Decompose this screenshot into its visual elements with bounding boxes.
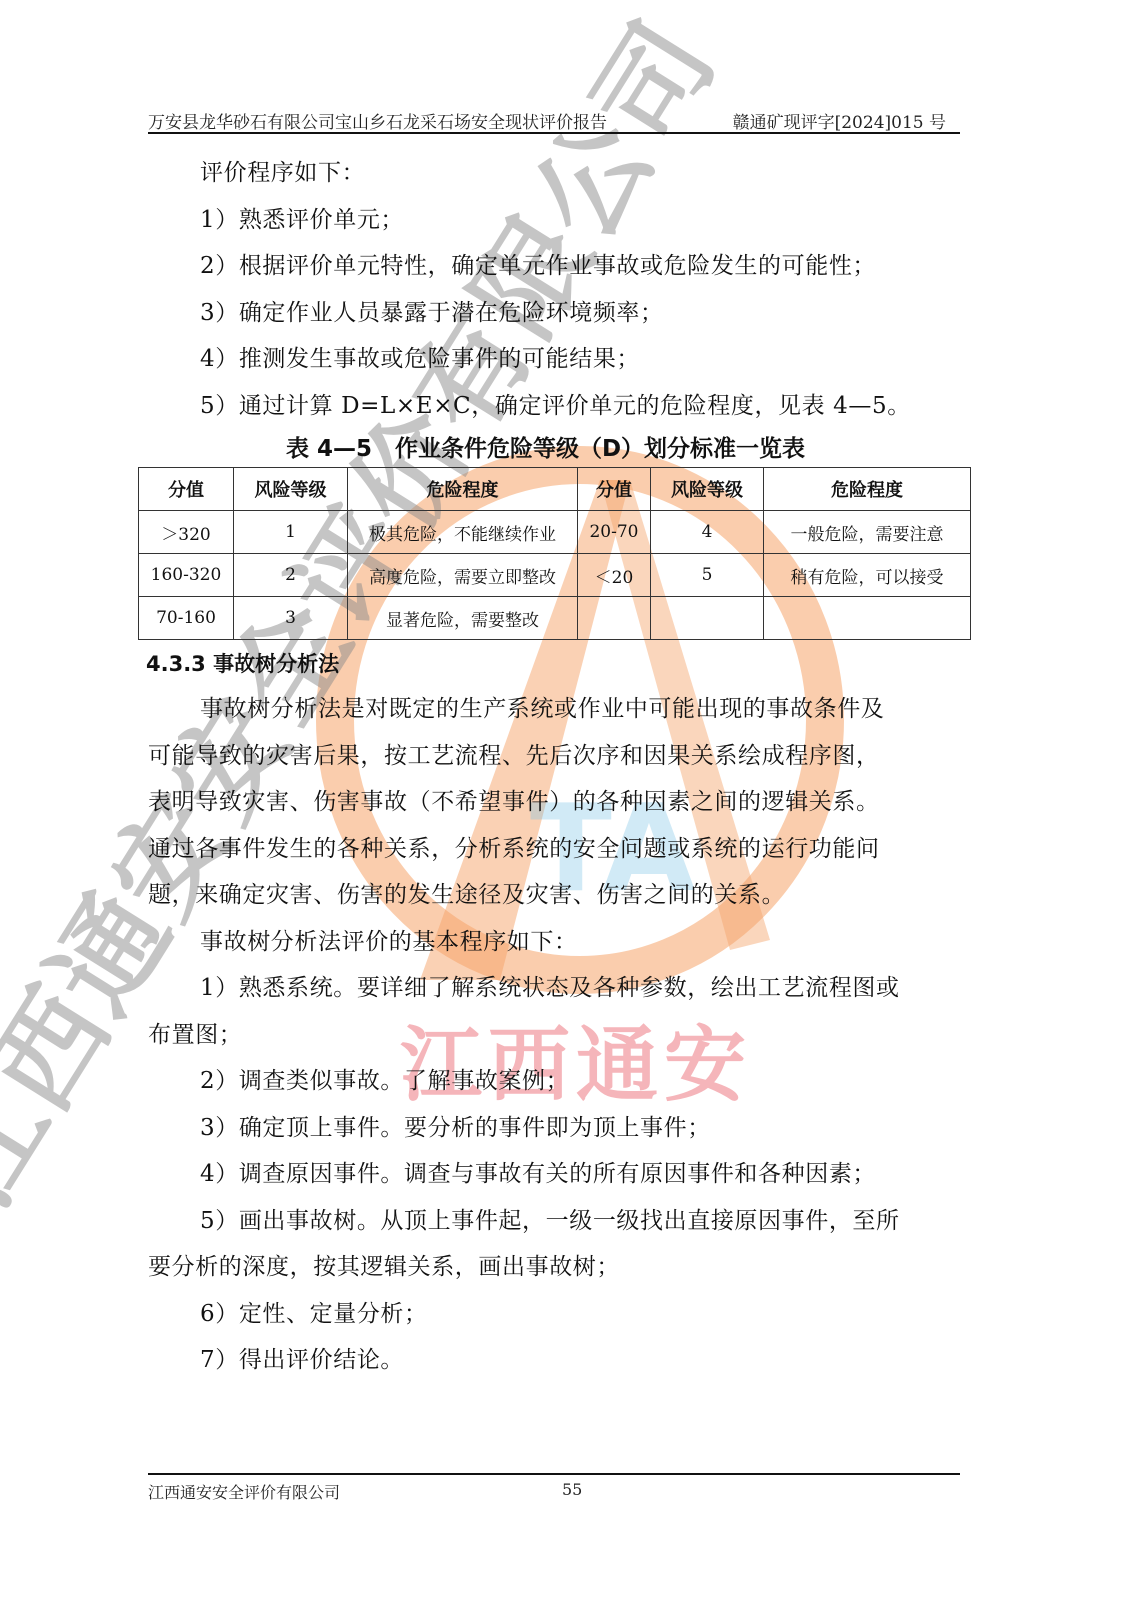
document-page: TA 江西通安 江西通安安全评价有限公司 万安县龙华砂石有限公司宝山乡石龙采石场… xyxy=(0,0,1131,1600)
doc-number: 赣通矿现评字[2024]015 号 xyxy=(733,108,946,133)
procedure-step: 4）推测发生事故或危险事件的可能结果； xyxy=(148,336,963,383)
page-number: 55 xyxy=(562,1480,582,1499)
paragraph-line: 表明导致灾害、伤害事故（不希望事件）的各种因素之间的逻辑关系。 xyxy=(148,779,963,826)
report-title: 万安县龙华砂石有限公司宝山乡石龙采石场安全现状评价报告 xyxy=(148,108,607,133)
table-cell: 稍有危险，可以接受 xyxy=(764,554,971,597)
column-header: 危险程度 xyxy=(348,468,578,511)
paragraph-line: 通过各事件发生的各种关系，分析系统的安全问题或系统的运行功能问 xyxy=(148,826,963,873)
fta-step: 6）定性、定量分析； xyxy=(148,1291,963,1338)
table-cell: 3 xyxy=(234,597,348,640)
table-cell: ＜20 xyxy=(578,554,651,597)
table-cell xyxy=(651,597,764,640)
paragraph-line: 事故树分析法是对既定的生产系统或作业中可能出现的事故条件及 xyxy=(148,686,963,733)
column-header: 分值 xyxy=(139,468,234,511)
table-cell: 极其危险，不能继续作业 xyxy=(348,511,578,554)
column-header: 风险等级 xyxy=(234,468,348,511)
table-cell: 2 xyxy=(234,554,348,597)
table-row: ＞320 1 极其危险，不能继续作业 20-70 4 一般危险，需要注意 xyxy=(139,511,971,554)
table-cell: 显著危险，需要整改 xyxy=(348,597,578,640)
page-footer: 江西通安安全评价有限公司 55 xyxy=(148,1478,960,1508)
fta-step: 1）熟悉系统。要详细了解系统状态及各种参数，绘出工艺流程图或 xyxy=(148,965,963,1012)
footer-company: 江西通安安全评价有限公司 xyxy=(148,1480,340,1503)
column-header: 危险程度 xyxy=(764,468,971,511)
column-header: 风险等级 xyxy=(651,468,764,511)
table-cell xyxy=(764,597,971,640)
procedure-step: 1）熟悉评价单元； xyxy=(148,197,963,244)
procedure-lead: 评价程序如下： xyxy=(148,150,963,197)
header-rule xyxy=(148,132,960,134)
danger-level-table: 分值 风险等级 危险程度 分值 风险等级 危险程度 ＞320 1 极其危险，不能… xyxy=(138,467,971,640)
fta-step-continuation: 要分析的深度，按其逻辑关系，画出事故树； xyxy=(148,1244,963,1291)
fta-step: 2）调查类似事故。了解事故案例； xyxy=(148,1058,963,1105)
page-header: 万安县龙华砂石有限公司宝山乡石龙采石场安全现状评价报告 赣通矿现评字[2024]… xyxy=(148,104,960,134)
table-cell: 1 xyxy=(234,511,348,554)
fta-step: 3）确定顶上事件。要分析的事件即为顶上事件； xyxy=(148,1105,963,1152)
table-cell: 20-70 xyxy=(578,511,651,554)
page-body: 评价程序如下： 1）熟悉评价单元； 2）根据评价单元特性，确定单元作业事故或危险… xyxy=(148,150,963,1384)
fta-step: 5）画出事故树。从顶上事件起，一级一级找出直接原因事件，至所 xyxy=(148,1198,963,1245)
table-cell: 高度危险，需要立即整改 xyxy=(348,554,578,597)
section-heading: 4.3.3 事故树分析法 xyxy=(146,642,963,686)
table-cell: 一般危险，需要注意 xyxy=(764,511,971,554)
table-cell: 4 xyxy=(651,511,764,554)
procedure-step: 5）通过计算 D=L×E×C，确定评价单元的危险程度，见表 4—5。 xyxy=(148,383,963,430)
fta-step-continuation: 布置图； xyxy=(148,1012,963,1059)
table-cell: 160-320 xyxy=(139,554,234,597)
table-caption: 表 4—5 作业条件危险等级（D）划分标准一览表 xyxy=(148,431,963,467)
table-row: 70-160 3 显著危险，需要整改 xyxy=(139,597,971,640)
fta-step: 4）调查原因事件。调查与事故有关的所有原因事件和各种因素； xyxy=(148,1151,963,1198)
procedure-step: 2）根据评价单元特性，确定单元作业事故或危险发生的可能性； xyxy=(148,243,963,290)
column-header: 分值 xyxy=(578,468,651,511)
table-header-row: 分值 风险等级 危险程度 分值 风险等级 危险程度 xyxy=(139,468,971,511)
table-cell: 70-160 xyxy=(139,597,234,640)
procedure-step: 3）确定作业人员暴露于潜在危险环境频率； xyxy=(148,290,963,337)
table-row: 160-320 2 高度危险，需要立即整改 ＜20 5 稍有危险，可以接受 xyxy=(139,554,971,597)
fta-step: 7）得出评价结论。 xyxy=(148,1337,963,1384)
table-cell: 5 xyxy=(651,554,764,597)
table-cell: ＞320 xyxy=(139,511,234,554)
table-cell xyxy=(578,597,651,640)
fta-procedure-lead: 事故树分析法评价的基本程序如下： xyxy=(148,919,963,966)
paragraph-line: 题，来确定灾害、伤害的发生途径及灾害、伤害之间的关系。 xyxy=(148,872,963,919)
paragraph-line: 可能导致的灾害后果，按工艺流程、先后次序和因果关系绘成程序图， xyxy=(148,733,963,780)
footer-rule xyxy=(148,1473,960,1475)
